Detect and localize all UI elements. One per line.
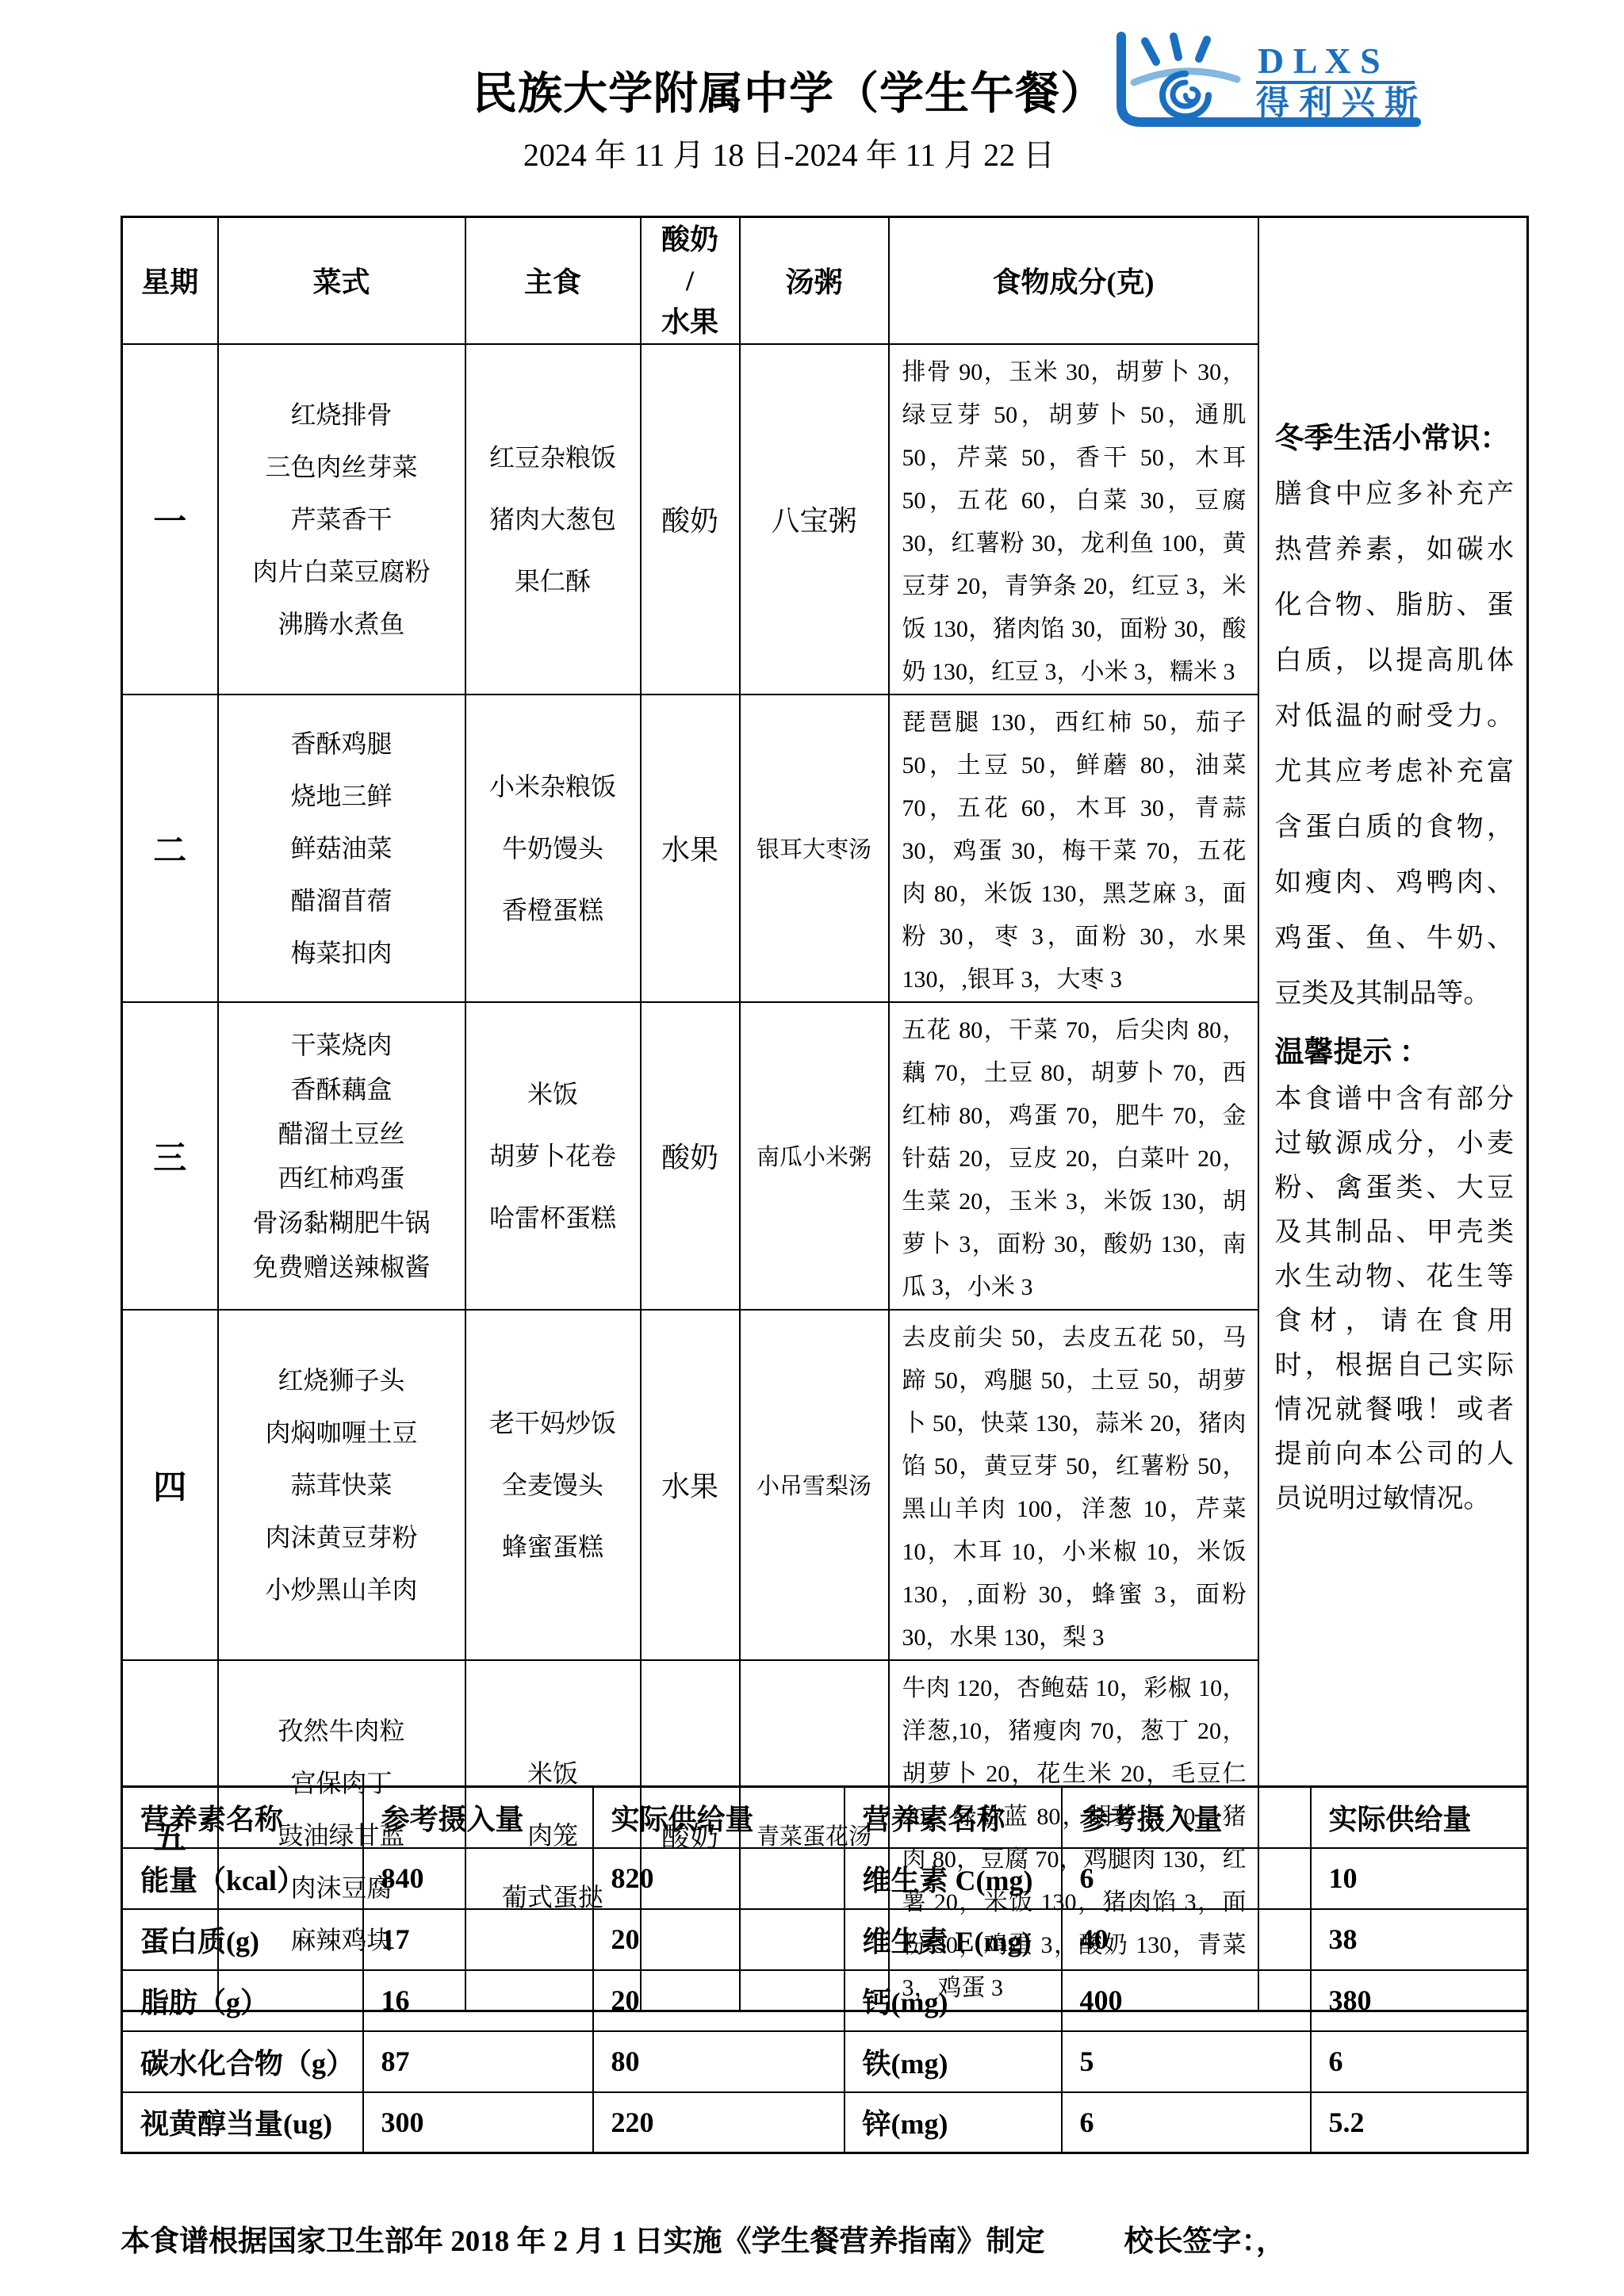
principal-signature-label: 校长签字：， xyxy=(1124,2225,1286,2258)
dish: 沸腾水煮鱼 xyxy=(219,598,465,650)
nutrition-table: 营养素名称 参考摄入量 实际供给量 营养素名称 参考摄入量 实际供给量 能量（k… xyxy=(121,1785,1529,2154)
actual-value: 5.2 xyxy=(1311,2092,1528,2153)
nutrition-row: 能量（kcal） 840 820 维生素 C(mg) 6 10 xyxy=(122,1848,1528,1909)
eye-swirl-icon xyxy=(1134,36,1237,117)
staple-item: 牛奶馒头 xyxy=(466,817,640,879)
dish: 醋溜苜蓿 xyxy=(219,874,465,927)
sidebar-tips-cell: 冬季生活小常识： 膳食中应多补充产热营养素，如碳水化合物、脂肪、蛋白质，以提高肌… xyxy=(1258,217,1528,2011)
soup-cell: 银耳大枣汤 xyxy=(740,695,889,1002)
ingredients-cell: 琵琶腿 130，西红柿 50，茄子 50，土豆 50，鲜蘑 80，油菜 70，五… xyxy=(889,695,1258,1002)
staple-item: 蜂蜜蛋糕 xyxy=(466,1516,640,1578)
reference-value: 87 xyxy=(363,2031,593,2092)
col-header-ingredients: 食物成分(克) xyxy=(889,217,1258,344)
nutrient-label: 钙(mg) xyxy=(845,1970,1062,2031)
ingredients-text: 排骨 90，玉米 30，胡萝卜 30，绿豆芽 50，胡萝卜 50，通肌 50，芹… xyxy=(890,345,1258,694)
actual-supply-header: 实际供给量 xyxy=(1311,1787,1528,1848)
slash-label: / xyxy=(642,260,739,301)
yogurt-fruit-cell: 酸奶 xyxy=(641,1002,740,1310)
reference-value: 5 xyxy=(1062,2031,1311,2092)
day-label: 三 xyxy=(122,1002,218,1310)
staple-item: 米饭 xyxy=(466,1063,640,1125)
staple-cell: 红豆杂粮饭 猪肉大葱包 果仁酥 xyxy=(465,344,641,695)
dish: 肉焖咖喱土豆 xyxy=(219,1406,465,1459)
staple-item: 红豆杂粮饭 xyxy=(466,427,640,488)
staple-item: 全麦馒头 xyxy=(466,1454,640,1516)
nutrient-label: 能量（kcal） xyxy=(122,1848,363,1909)
ingredients-text: 琵琶腿 130，西红柿 50，茄子 50，土豆 50，鲜蘑 80，油菜 70，五… xyxy=(890,695,1258,1001)
staple-item: 胡萝卜花卷 xyxy=(466,1125,640,1187)
winter-tips-body: 膳食中应多补充产热营养素，如碳水化合物、脂肪、蛋白质，以提高肌体对低温的耐受力。… xyxy=(1275,467,1515,1022)
nutrition-row: 蛋白质(g) 17 20 维生素 E(mg) 40 38 xyxy=(122,1909,1528,1970)
dish: 红烧排骨 xyxy=(219,388,465,441)
staple-item: 老干妈炒饭 xyxy=(466,1392,640,1454)
nutrition-row: 脂肪（g） 16 20 钙(mg) 400 380 xyxy=(122,1970,1528,2031)
actual-value: 820 xyxy=(593,1848,845,1909)
menu-table: 星期 菜式 主食 酸奶 / 水果 汤粥 食物成分(克) 冬季生活小常识： 膳食中… xyxy=(121,216,1529,2012)
logo-letters: D L X S xyxy=(1258,40,1381,81)
ingredients-cell: 排骨 90，玉米 30，胡萝卜 30，绿豆芽 50，胡萝卜 50，通肌 50，芹… xyxy=(889,344,1258,695)
dish: 免费赠送辣椒酱 xyxy=(219,1245,465,1289)
ingredients-cell: 去皮前尖 50，去皮五花 50，马蹄 50，鸡腿 50，土豆 50，胡萝卜 50… xyxy=(889,1310,1258,1660)
reference-value: 6 xyxy=(1062,1848,1311,1909)
reference-value: 840 xyxy=(363,1848,593,1909)
reference-intake-header: 参考摄入量 xyxy=(363,1787,593,1848)
reference-value: 300 xyxy=(363,2092,593,2153)
actual-value: 80 xyxy=(593,2031,845,2092)
actual-supply-header: 实际供给量 xyxy=(593,1787,845,1848)
reference-value: 6 xyxy=(1062,2092,1311,2153)
nutrient-label: 视黄醇当量(ug) xyxy=(122,2092,363,2153)
nutrient-label: 维生素 E(mg) xyxy=(845,1909,1062,1970)
nutrient-label: 碳水化合物（g） xyxy=(122,2031,363,2092)
dish: 香酥鸡腿 xyxy=(219,717,465,770)
staple-item: 哈雷杯蛋糕 xyxy=(466,1187,640,1249)
dishes-cell: 香酥鸡腿 烧地三鲜 鲜菇油菜 醋溜苜蓿 梅菜扣肉 xyxy=(218,695,465,1002)
actual-value: 220 xyxy=(593,2092,845,2153)
footer-note: 本食谱根据国家卫生部年 2018 年 2 月 1 日实施《学生餐营养指南》制定校… xyxy=(121,2217,1285,2260)
dish: 干菜烧肉 xyxy=(219,1023,465,1067)
nutrient-label: 维生素 C(mg) xyxy=(845,1848,1062,1909)
nutrient-label: 脂肪（g） xyxy=(122,1970,363,2031)
dish: 蒜茸快菜 xyxy=(219,1459,465,1511)
dish: 醋溜土豆丝 xyxy=(219,1112,465,1156)
nutrient-label: 铁(mg) xyxy=(845,2031,1062,2092)
col-header-dishes: 菜式 xyxy=(218,217,465,344)
dishes-cell: 干菜烧肉 香酥藕盒 醋溜土豆丝 西红柿鸡蛋 骨汤黏糊肥牛锅 免费赠送辣椒酱 xyxy=(218,1002,465,1310)
actual-value: 38 xyxy=(1311,1909,1528,1970)
staple-cell: 老干妈炒饭 全麦馒头 蜂蜜蛋糕 xyxy=(465,1310,641,1660)
actual-value: 10 xyxy=(1311,1848,1528,1909)
reference-value: 16 xyxy=(363,1970,593,2031)
dish: 梅菜扣肉 xyxy=(219,927,465,979)
actual-value: 380 xyxy=(1311,1970,1528,2031)
allergy-notice-body: 本食谱中含有部分过敏源成分，小麦粉、禽蛋类、大豆及其制品、甲壳类水生动物、花生等… xyxy=(1275,1077,1515,1521)
actual-value: 20 xyxy=(593,1909,845,1970)
logo-name: 得利兴斯 xyxy=(1256,85,1426,122)
reference-value: 400 xyxy=(1062,1970,1311,2031)
footer-text: 本食谱根据国家卫生部年 2018 年 2 月 1 日实施《学生餐营养指南》制定 xyxy=(121,2225,1045,2258)
dish: 肉片白菜豆腐粉 xyxy=(219,545,465,598)
fruit-label: 水果 xyxy=(642,301,739,342)
ingredients-cell: 五花 80，干菜 70，后尖肉 80，藕 70，土豆 80，胡萝卜 70，西红柿… xyxy=(889,1002,1258,1310)
actual-value: 20 xyxy=(593,1970,845,2031)
dishes-cell: 红烧排骨 三色肉丝芽菜 芹菜香干 肉片白菜豆腐粉 沸腾水煮鱼 xyxy=(218,344,465,695)
dish: 芹菜香干 xyxy=(219,493,465,545)
nutrition-row: 视黄醇当量(ug) 300 220 锌(mg) 6 5.2 xyxy=(122,2092,1528,2153)
col-header-staple: 主食 xyxy=(465,217,641,344)
dish: 小炒黑山羊肉 xyxy=(219,1563,465,1616)
winter-tips-title: 冬季生活小常识： xyxy=(1275,411,1515,467)
dish: 红烧狮子头 xyxy=(219,1354,465,1406)
reference-intake-header: 参考摄入量 xyxy=(1062,1787,1311,1848)
yogurt-fruit-cell: 水果 xyxy=(641,1310,740,1660)
dish: 西红柿鸡蛋 xyxy=(219,1156,465,1200)
dish: 烧地三鲜 xyxy=(219,770,465,822)
staple-cell: 小米杂粮饭 牛奶馒头 香橙蛋糕 xyxy=(465,695,641,1002)
day-label: 四 xyxy=(122,1310,218,1660)
dish: 骨汤黏糊肥牛锅 xyxy=(219,1200,465,1245)
nutrient-name-header: 营养素名称 xyxy=(845,1787,1062,1848)
lunch-menu-document: 民族大学附属中学（学生午餐） 2024 年 11 月 18 日-2024 年 1… xyxy=(0,0,1624,2296)
nutrition-header-row: 营养素名称 参考摄入量 实际供给量 营养素名称 参考摄入量 实际供给量 xyxy=(122,1787,1528,1848)
nutrient-name-header: 营养素名称 xyxy=(122,1787,363,1848)
menu-header-row: 星期 菜式 主食 酸奶 / 水果 汤粥 食物成分(克) 冬季生活小常识： 膳食中… xyxy=(122,217,1528,344)
yogurt-fruit-cell: 酸奶 xyxy=(641,344,740,695)
staple-cell: 米饭 胡萝卜花卷 哈雷杯蛋糕 xyxy=(465,1002,641,1310)
ingredients-text: 去皮前尖 50，去皮五花 50，马蹄 50，鸡腿 50，土豆 50，胡萝卜 50… xyxy=(890,1311,1258,1659)
staple-item: 猪肉大葱包 xyxy=(466,488,640,550)
nutrient-label: 锌(mg) xyxy=(845,2092,1062,2153)
dish: 鲜菇油菜 xyxy=(219,822,465,874)
dish: 香酥藕盒 xyxy=(219,1067,465,1112)
staple-item: 香橙蛋糕 xyxy=(466,879,640,941)
reference-value: 17 xyxy=(363,1909,593,1970)
col-header-yogurt-fruit: 酸奶 / 水果 xyxy=(641,217,740,344)
ingredients-text: 五花 80，干菜 70，后尖肉 80，藕 70，土豆 80，胡萝卜 70，西红柿… xyxy=(890,1003,1258,1309)
col-header-day: 星期 xyxy=(122,217,218,344)
actual-value: 6 xyxy=(1311,2031,1528,2092)
company-logo: D L X S 得利兴斯 xyxy=(1109,30,1426,133)
staple-item: 小米杂粮饭 xyxy=(466,756,640,817)
yogurt-label: 酸奶 xyxy=(642,219,739,260)
nutrition-row: 碳水化合物（g） 87 80 铁(mg) 5 6 xyxy=(122,2031,1528,2092)
dish: 三色肉丝芽菜 xyxy=(219,441,465,493)
allergy-notice-title: 温馨提示 ： xyxy=(1275,1028,1515,1077)
dishes-cell: 红烧狮子头 肉焖咖喱土豆 蒜茸快菜 肉沫黄豆芽粉 小炒黑山羊肉 xyxy=(218,1310,465,1660)
yogurt-fruit-cell: 水果 xyxy=(641,695,740,1002)
nutrient-label: 蛋白质(g) xyxy=(122,1909,363,1970)
staple-item: 果仁酥 xyxy=(466,550,640,612)
reference-value: 40 xyxy=(1062,1909,1311,1970)
dish: 肉沫黄豆芽粉 xyxy=(219,1511,465,1563)
dish: 孜然牛肉粒 xyxy=(219,1705,465,1757)
soup-cell: 南瓜小米粥 xyxy=(740,1002,889,1310)
date-range: 2024 年 11 月 18 日-2024 年 11 月 22 日 xyxy=(0,130,1578,175)
day-label: 二 xyxy=(122,695,218,1002)
col-header-soup: 汤粥 xyxy=(740,217,889,344)
soup-cell: 小吊雪梨汤 xyxy=(740,1310,889,1660)
soup-cell: 八宝粥 xyxy=(740,344,889,695)
day-label: 一 xyxy=(122,344,218,695)
